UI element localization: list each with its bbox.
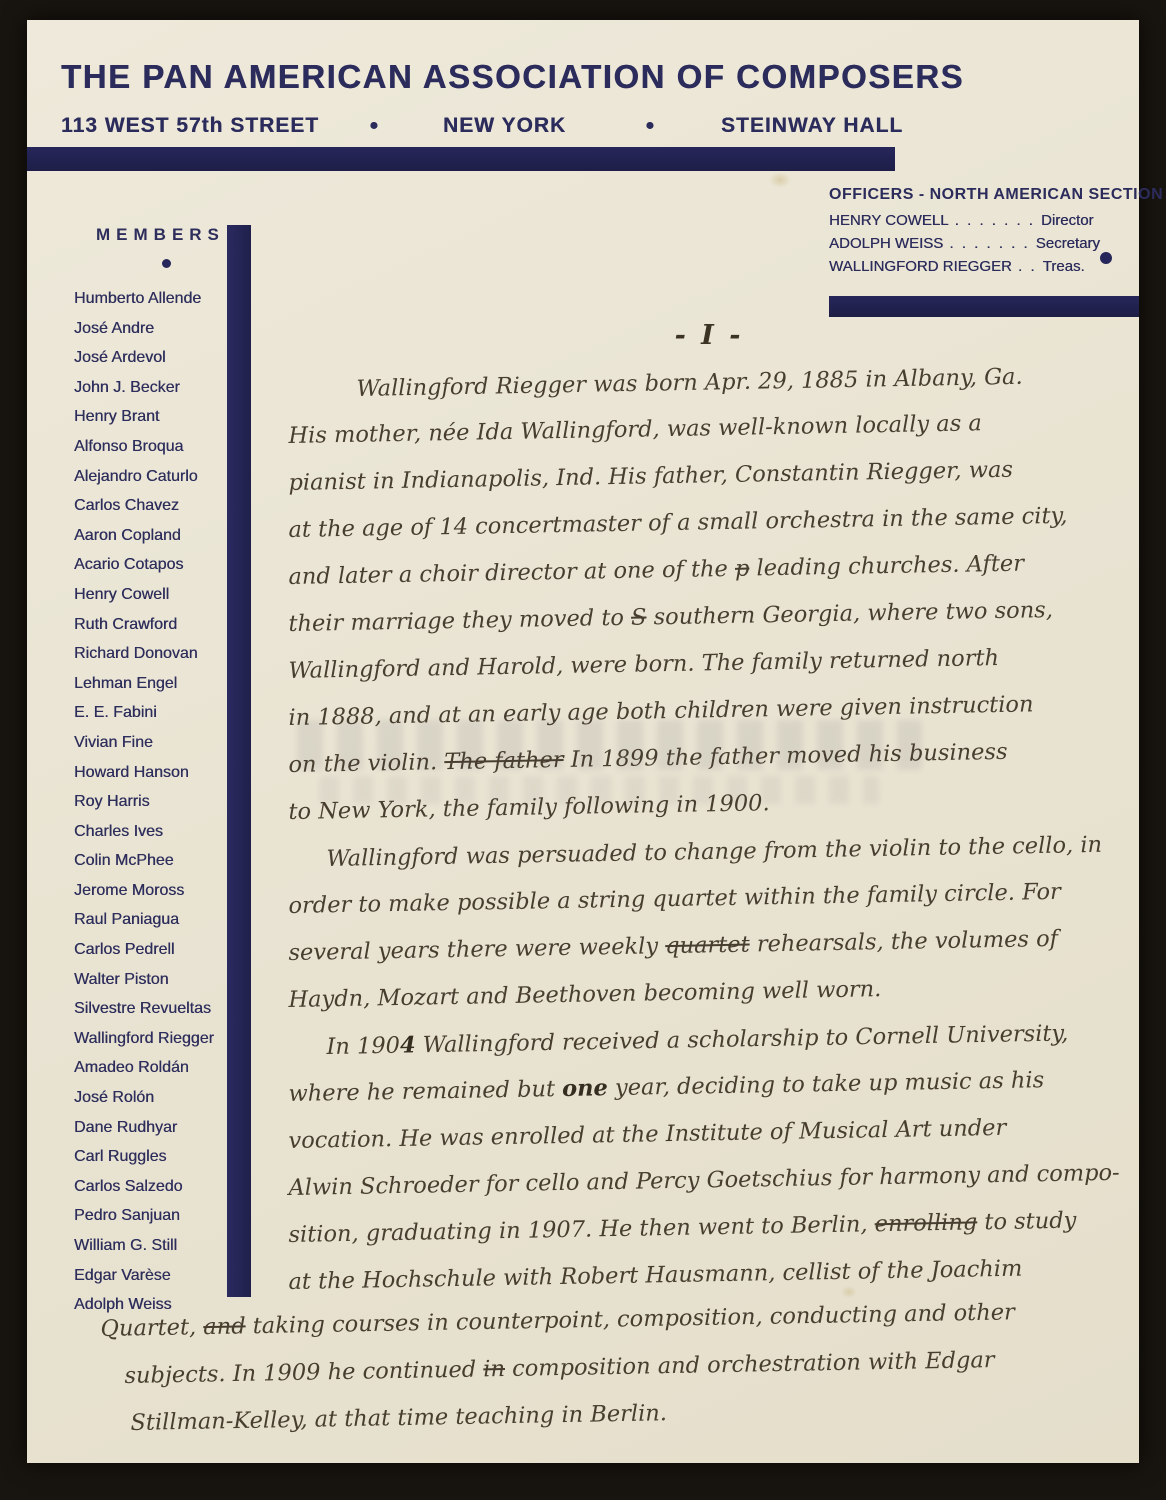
- handwriting-text: Wallingford was persuaded to change from…: [326, 832, 1102, 872]
- handwriting-text: and later a choir director at one of the: [288, 556, 735, 590]
- officers-rows: HENRY COWELL . . . . . . . DirectorADOLP…: [829, 212, 1119, 275]
- handwriting-text: their marriage they moved to: [288, 605, 631, 637]
- handwriting-text: In 190: [326, 1033, 400, 1060]
- officer-name: WALLINGFORD RIEGGER: [829, 258, 1012, 275]
- struck-word: and: [203, 1313, 246, 1340]
- handwriting-text: Wallingford and Harold, were born. The f…: [288, 645, 999, 684]
- address-hall: STEINWAY HALL: [721, 114, 903, 138]
- header-rule-bar: [27, 147, 895, 171]
- letter-page: THE PAN AMERICAN ASSOCIATION OF COMPOSER…: [27, 20, 1139, 1463]
- handwriting-text: Wallingford Riegger was born Apr. 29, 18…: [356, 364, 1023, 402]
- leader-dots: . . . . . . .: [943, 235, 1036, 252]
- officer-title: Secretary: [1036, 235, 1100, 252]
- manuscript-page-number: - I -: [289, 320, 1129, 351]
- officers-heading: OFFICERS - NORTH AMERICAN SECTION: [829, 186, 1119, 204]
- scanned-letter: { "letterhead": { "title": "THE PAN AMER…: [0, 0, 1166, 1500]
- manuscript-lines: Wallingford Riegger was born Apr. 29, 18…: [99, 369, 1134, 1450]
- handwriting-text: in 1888, and at an early age both childr…: [288, 691, 1033, 731]
- officer-name: HENRY COWELL: [829, 212, 948, 229]
- manuscript-block: - I - Wallingford Riegger was born Apr. …: [99, 320, 1134, 1450]
- struck-word: S: [631, 604, 647, 630]
- handwriting-text: southern Georgia, where two sons,: [646, 597, 1053, 630]
- handwriting-text: Wallingford received a scholarship to Co…: [415, 1020, 1068, 1058]
- officers-rule-bar: [829, 296, 1139, 317]
- handwriting-text: where he remained but: [288, 1076, 562, 1107]
- leader-dots: . . . . . . .: [948, 212, 1041, 229]
- handwriting-text: His mother, née Ida Wallingford, was wel…: [288, 410, 982, 449]
- officer-row: WALLINGFORD RIEGGER . . Treas.: [829, 258, 1119, 275]
- handwriting-text: to study: [977, 1208, 1077, 1236]
- handwriting-text: rehearsals, the volumes of: [749, 926, 1058, 958]
- officer-title: Director: [1041, 212, 1094, 229]
- handwriting-text: 4: [400, 1032, 416, 1058]
- struck-word: p: [735, 556, 750, 582]
- handwriting-text: sition, graduating in 1907. He then went…: [288, 1211, 875, 1248]
- struck-word: The father: [444, 747, 564, 775]
- officer-row: HENRY COWELL . . . . . . . Director: [829, 212, 1119, 229]
- bullet-dot-icon: [162, 259, 171, 268]
- leader-dots: . .: [1012, 258, 1043, 275]
- bullet-icon: ●: [369, 117, 380, 135]
- handwriting-text: at the Hochschule with Robert Hausmann, …: [288, 1256, 1022, 1295]
- officer-row: ADOLPH WEISS . . . . . . . Secretary: [829, 235, 1119, 252]
- handwriting-text: Haydn, Mozart and Beethoven becoming wel…: [288, 976, 881, 1013]
- address-city: NEW YORK: [443, 114, 566, 138]
- officers-block: OFFICERS - NORTH AMERICAN SECTION HENRY …: [829, 186, 1119, 281]
- bullet-dot-icon: [1100, 252, 1112, 264]
- handwriting-text: on the violin.: [288, 749, 444, 778]
- handwriting-text: In 1899 the father moved his business: [563, 739, 1007, 773]
- handwriting-text: subjects. In 1909 he continued: [124, 1356, 483, 1389]
- letterhead-title: THE PAN AMERICAN ASSOCIATION OF COMPOSER…: [61, 58, 941, 96]
- officer-title: Treas.: [1043, 258, 1085, 275]
- handwriting-text: year, deciding to take up music as his: [608, 1067, 1045, 1101]
- handwriting-text: vocation. He was enrolled at the Institu…: [288, 1115, 1006, 1154]
- handwriting-text: Quartet,: [100, 1314, 203, 1342]
- handwriting-text: taking courses in counterpoint, composit…: [245, 1299, 1015, 1339]
- address-street: 113 WEST 57th STREET: [61, 114, 319, 138]
- handwriting-text: leading churches. After: [749, 551, 1024, 582]
- handwriting-text: pianist in Indianapolis, Ind. His father…: [288, 457, 1013, 496]
- letterhead-address-row: 113 WEST 57th STREET ● NEW YORK ● STEINW…: [61, 114, 906, 142]
- handwriting-text: to New York, the family following in 190…: [288, 790, 770, 825]
- handwriting-text: one: [562, 1075, 608, 1102]
- handwriting-text: at the age of 14 concertmaster of a smal…: [288, 503, 1067, 543]
- handwriting-text: several years there were weekly: [288, 933, 665, 966]
- handwriting-text: Stillman-Kelley, at that time teaching i…: [130, 1400, 667, 1436]
- member-name: Humberto Allende: [74, 290, 249, 320]
- handwriting-text: order to make possible a string quartet …: [288, 879, 1061, 919]
- handwriting-text: composition and orchestration with Edgar: [505, 1347, 995, 1382]
- handwriting-text: Alwin Schroeder for cello and Percy Goet…: [288, 1160, 1120, 1201]
- bullet-icon: ●: [645, 117, 656, 135]
- struck-word: quartet: [665, 932, 750, 960]
- struck-word: in: [483, 1356, 505, 1382]
- struck-word: enrolling: [874, 1209, 977, 1237]
- paper-stain: [769, 172, 791, 188]
- officer-name: ADOLPH WEISS: [829, 235, 943, 252]
